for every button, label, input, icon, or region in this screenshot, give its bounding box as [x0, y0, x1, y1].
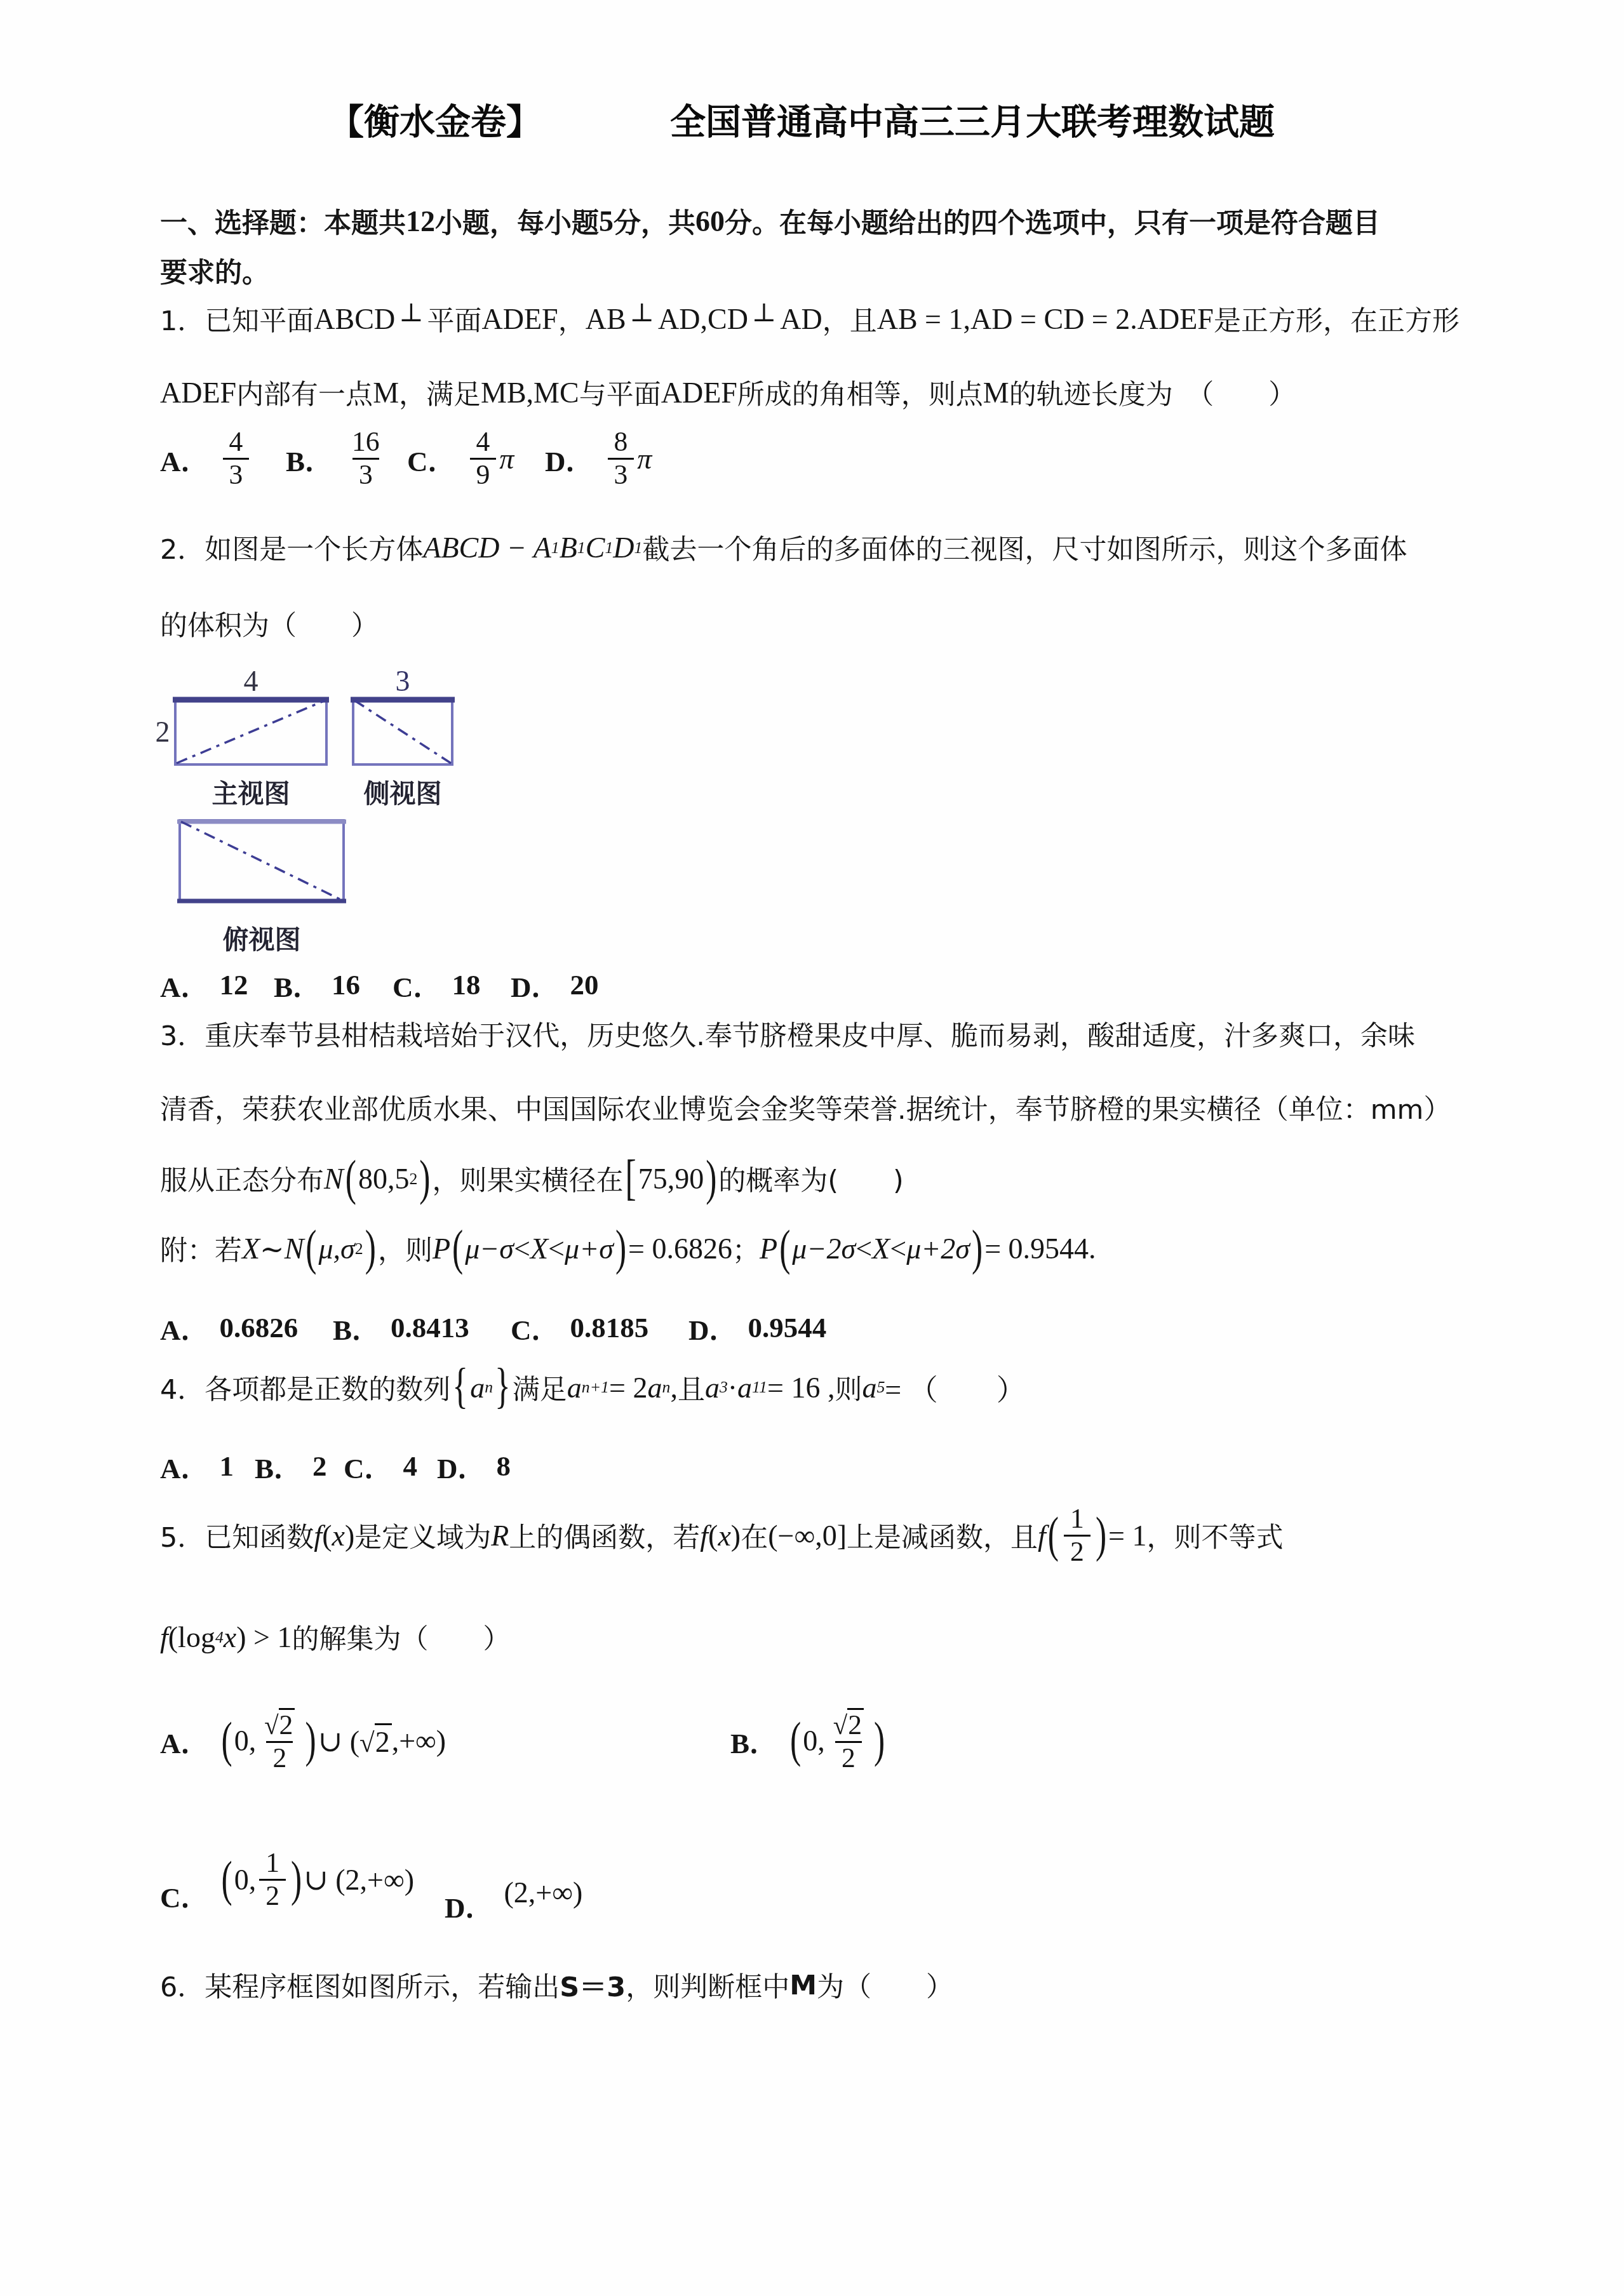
q3-option-d: D． 0.9544: [688, 1307, 826, 1348]
section-instructions-line1: 一、选择题：本题共 12 小题，每小题 5 分，共 60 分。在每小题给出的四个…: [160, 202, 1380, 241]
top-view-label: 俯视图: [223, 924, 301, 955]
option-label: A．: [160, 438, 210, 479]
front-width-dim: 4: [244, 671, 258, 697]
front-view-label: 主视图: [212, 778, 290, 809]
question-2-line2: 的体积为（ ）: [160, 604, 379, 643]
q1-option-a: A． 43: [160, 427, 252, 491]
three-view-figure: 4 2 主视图 3 侧视图 俯视图: [156, 671, 512, 971]
option-label: C．: [511, 1307, 560, 1348]
q3-option-a: A． 0.6826: [160, 1307, 298, 1348]
section-instructions-line2: 要求的。: [160, 251, 269, 290]
three-view-svg: 4 2 主视图 3 侧视图 俯视图: [156, 671, 512, 969]
side-view-diagonal: [354, 700, 451, 763]
option-label: C．: [344, 1445, 393, 1486]
q5-option-b: B． (0,√22): [730, 1708, 887, 1774]
q5-option-c: C． (0,12) ∪ (2,+∞): [160, 1848, 414, 1912]
top-view-diagonal: [181, 822, 342, 900]
side-view-label: 侧视图: [364, 778, 442, 809]
question-2-line1: 2．如图是一个长方体 ABCD − A1B1C1D1截去一个角后的多面体的三视图…: [160, 528, 1407, 567]
option-label: B．: [286, 438, 333, 479]
option-label: A．: [160, 1445, 210, 1486]
option-label: A．: [160, 964, 210, 1005]
page-title: 全国普通高中高三三月大联考理数试题: [670, 94, 1275, 145]
option-label: D．: [437, 1445, 487, 1486]
option-value: 43: [220, 427, 253, 491]
question-3-line1: 3．重庆奉节县柑桔栽培始于汉代，历史悠久.奉节脐橙果皮中厚、脆而易剥，酸甜适度，…: [160, 1015, 1415, 1053]
top-view-rect: [180, 820, 344, 902]
option-value: 49π: [467, 427, 514, 491]
q2-option-d: D． 20: [511, 964, 599, 1005]
question-3-line2: 清香，荣获农业部优质水果、中国国际农业博览会金奖等荣誉.据统计，奉节脐橙的果实横…: [160, 1088, 1451, 1127]
option-value: 2: [312, 1450, 327, 1483]
question-5-line2: f (log4 x) > 1的解集为（ ）: [160, 1618, 510, 1657]
exam-page: 【衡水金卷】 全国普通高中高三三月大联考理数试题 一、选择题：本题共 12 小题…: [0, 0, 1624, 2296]
q3-option-c: C． 0.8185: [511, 1307, 648, 1348]
q4-option-b: B． 2: [255, 1445, 327, 1486]
option-label: B．: [274, 964, 321, 1005]
q1-option-c: C． 49π: [407, 427, 514, 491]
question-6-line1: 6．某程序框图如图所示，若输出 S＝3，则判断框中 M 为（ ）: [160, 1966, 953, 2005]
option-value: (0,√22) ∪ (√2,+∞): [220, 1708, 446, 1774]
side-width-dim: 3: [396, 671, 410, 697]
option-value: (0,√22): [788, 1708, 887, 1774]
question-1-line1: 1．已知平面ABCD⊥平面ADEF，AB ⊥ AD,CD ⊥ AD，且AB = …: [160, 300, 1460, 338]
option-value: 18: [452, 968, 481, 1001]
option-value: 1: [220, 1450, 234, 1483]
option-value: 0.8185: [570, 1311, 649, 1344]
question-5-line1: 5．已知函数 f (x)是定义域为 R 上的偶函数，若 f (x)在(−∞,0]…: [160, 1504, 1284, 1568]
option-label: D．: [688, 1307, 738, 1348]
option-label: D．: [445, 1885, 494, 1926]
option-label: D．: [511, 964, 560, 1005]
option-label: B．: [730, 1720, 778, 1761]
q2-option-a: A． 12: [160, 964, 248, 1005]
option-value: 83π: [605, 427, 652, 491]
option-value: 16: [332, 968, 360, 1001]
question-4-line1: 4．各项都是正数的数列{an}满足an+1 = 2an ,且a3 · a11 =…: [160, 1366, 1026, 1408]
option-label: B．: [255, 1445, 302, 1486]
question-3-note: 附：若 X ∼ N(μ,σ2)，则P(μ−σ < X < μ+σ) = 0.68…: [160, 1229, 1096, 1268]
front-view-diagonal: [177, 700, 325, 763]
option-value: 0.8413: [391, 1311, 469, 1344]
q4-option-a: A． 1: [160, 1445, 234, 1486]
q2-option-c: C． 18: [393, 964, 481, 1005]
option-value: 12: [220, 968, 248, 1001]
option-value: 0.9544: [748, 1311, 827, 1344]
option-label: C．: [407, 438, 457, 479]
option-label: A．: [160, 1307, 210, 1348]
option-label: A．: [160, 1720, 210, 1761]
option-value: 20: [570, 968, 599, 1001]
q5-option-a: A． (0,√22) ∪ (√2,+∞): [160, 1708, 446, 1774]
option-value: 163: [344, 427, 388, 491]
front-height-dim: 2: [156, 716, 170, 748]
question-1-line2: ADEF内部有一点M，满足MB,MC与平面ADEF所成的角相等，则点M的轨迹长度…: [160, 373, 1296, 412]
option-value: (0,12) ∪ (2,+∞): [220, 1848, 415, 1912]
q1-option-d: D． 83π: [545, 427, 652, 491]
option-label: C．: [393, 964, 442, 1005]
option-label: B．: [333, 1307, 380, 1348]
option-value: 0.6826: [220, 1311, 299, 1344]
option-value: 8: [497, 1450, 511, 1483]
option-value: 4: [403, 1450, 418, 1483]
option-label: C．: [160, 1874, 210, 1916]
q5-option-d: D． (2,+∞): [445, 1885, 582, 1926]
question-3-line3: 服从正态分布 N(80,52)，则果实横径在[75,90)的概率为( ): [160, 1159, 904, 1198]
option-label: D．: [545, 438, 594, 479]
q1-option-b: B． 163: [286, 427, 388, 491]
q2-option-b: B． 16: [274, 964, 360, 1005]
q3-option-b: B． 0.8413: [333, 1307, 469, 1348]
option-value: (2,+∞): [504, 1876, 583, 1909]
exam-brand-tag: 【衡水金卷】: [328, 94, 542, 145]
q4-option-c: C． 4: [344, 1445, 417, 1486]
q4-option-d: D． 8: [437, 1445, 511, 1486]
